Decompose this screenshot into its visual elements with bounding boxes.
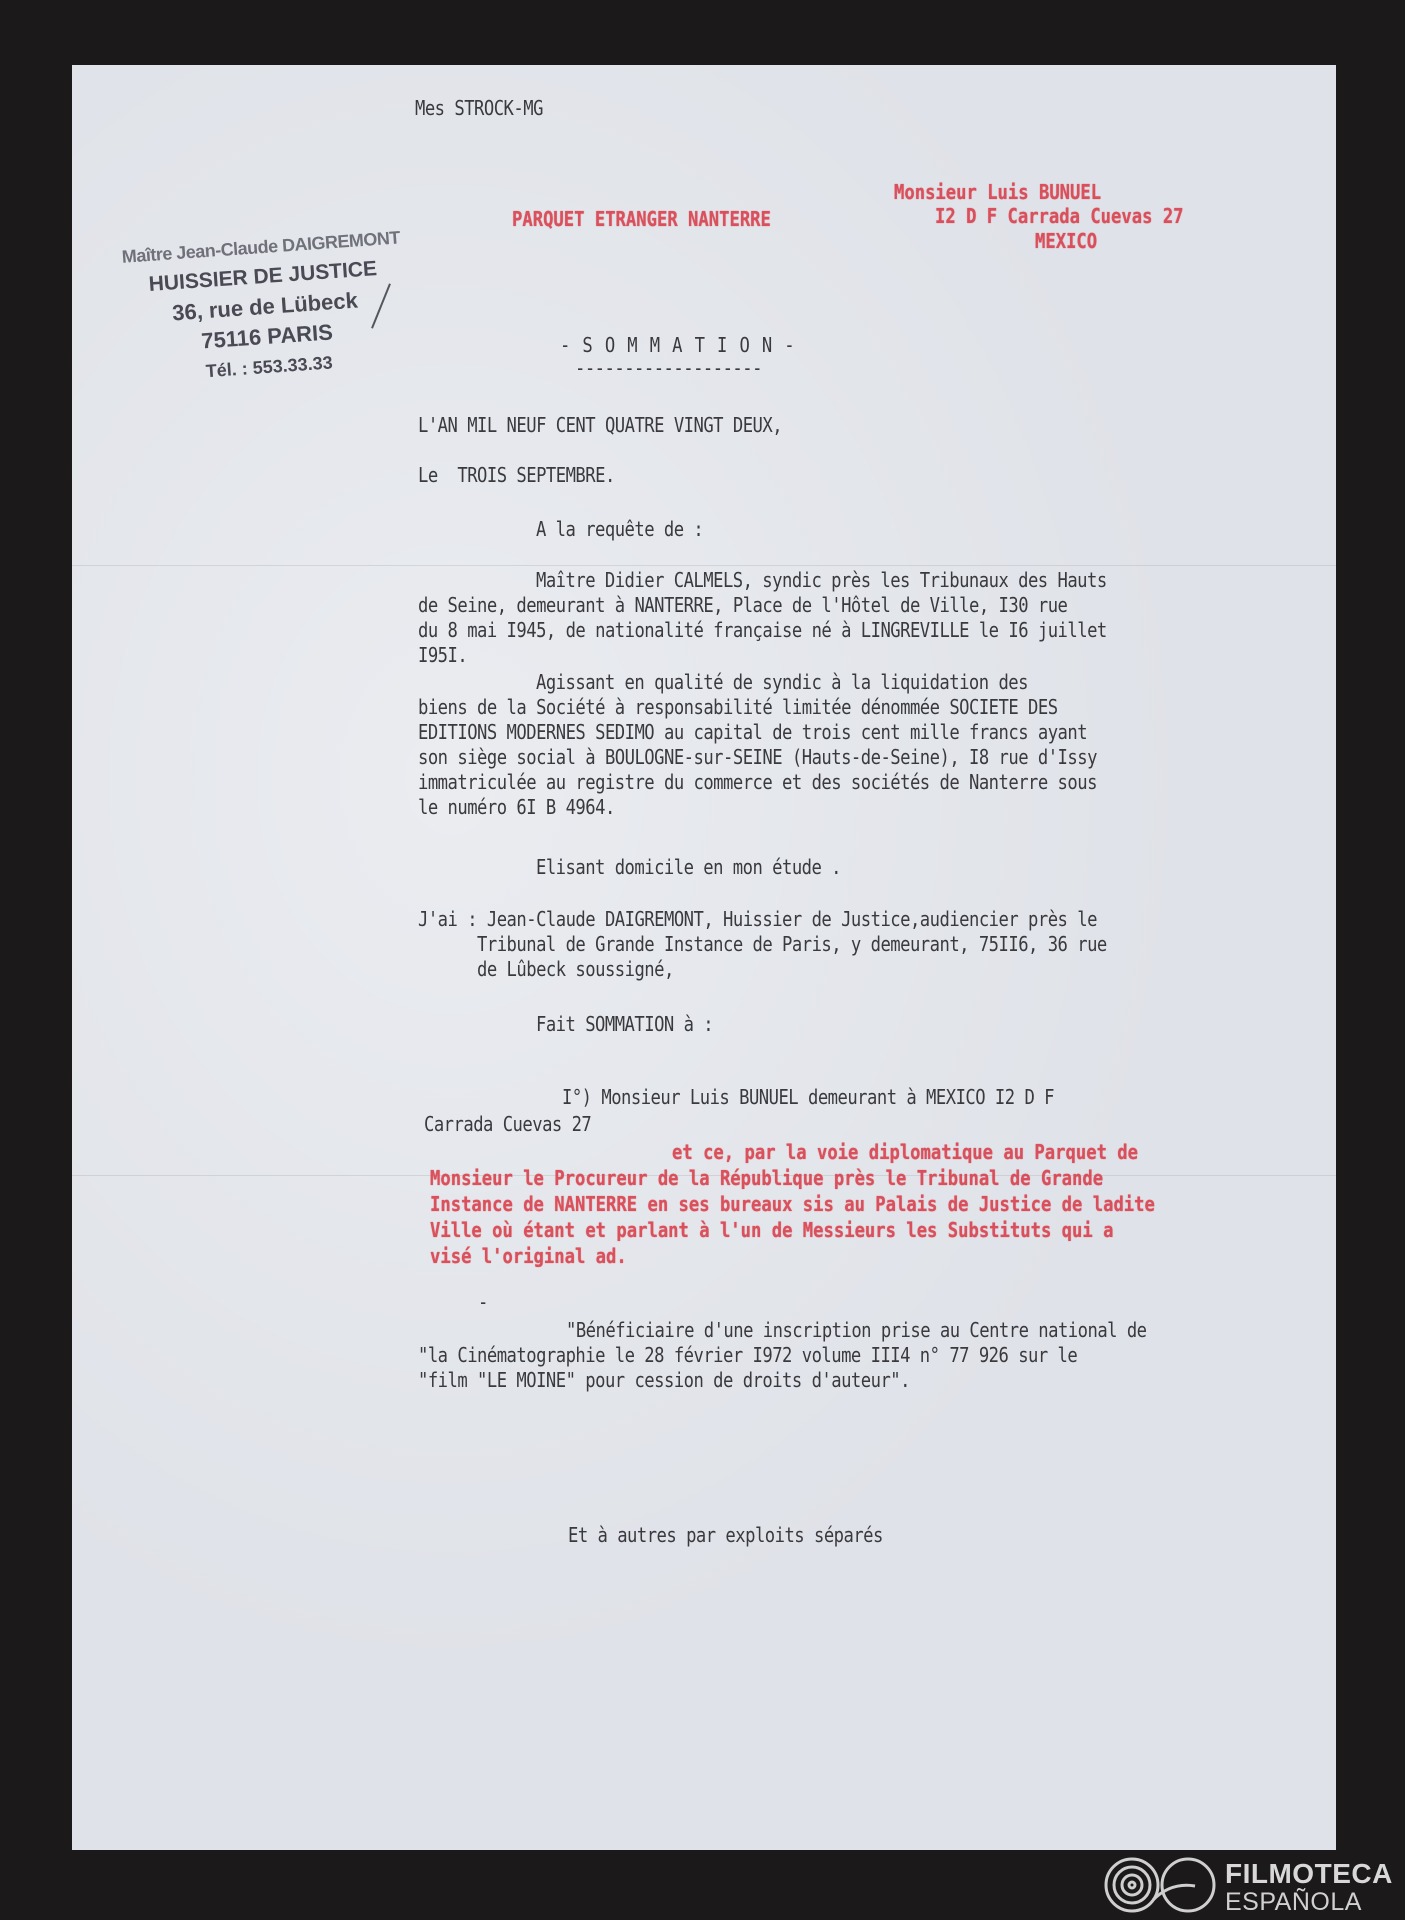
paragraph-line: immatriculée au registre du commerce et … <box>418 770 1097 794</box>
request-line: A la requête de : <box>536 517 703 541</box>
filmoteca-logo: FILMOTECA ESPAÑOLA <box>1095 1850 1405 1920</box>
red-block-line: Instance de NANTERRE en ses bureaux sis … <box>430 1192 1155 1216</box>
jai-line: de Lûbeck soussigné, <box>418 957 674 981</box>
year-line: L'AN MIL NEUF CENT QUATRE VINGT DEUX, <box>418 413 782 437</box>
red-address-line: Monsieur Luis BUNUEL <box>894 180 1101 204</box>
paragraph-line: de Seine, demeurant à NANTERRE, Place de… <box>418 593 1067 617</box>
bailiff-stamp: Maître Jean-Claude DAIGREMONT HUISSIER D… <box>95 221 435 394</box>
spiral-logo-icon <box>1103 1856 1218 1914</box>
fold-line <box>72 565 1336 566</box>
paragraph-line: Maître Didier CALMELS, syndic près les T… <box>536 568 1107 592</box>
paragraph-line: du 8 mai I945, de nationalité française … <box>418 618 1107 642</box>
quote-line: "Bénéficiaire d'une inscription prise au… <box>566 1318 1147 1342</box>
paragraph-line: I95I. <box>418 643 467 667</box>
reference: Mes STROCK-MG <box>415 96 543 120</box>
logo-line-2: ESPAÑOLA <box>1225 1888 1362 1917</box>
quote-line: "la Cinématographie le 28 février I972 v… <box>418 1343 1077 1367</box>
red-address-line: I2 D F Carrada Cuevas 27 <box>935 204 1184 228</box>
fait-sommation-line: Fait SOMMATION à : <box>536 1012 713 1036</box>
recipient-line: Carrada Cuevas 27 <box>424 1112 591 1136</box>
quote-line: "film "LE MOINE" pour cession de droits … <box>418 1368 910 1392</box>
closing-line: Et à autres par exploits séparés <box>568 1523 883 1547</box>
document-title: - S O M M A T I O N - <box>560 333 796 357</box>
jai-line: Tribunal de Grande Instance de Paris, y … <box>418 932 1107 956</box>
logo-line-1: FILMOTECA <box>1225 1858 1393 1890</box>
red-block-line: Monsieur le Procureur de la République p… <box>430 1166 1103 1190</box>
title-underline: ------------------- <box>575 356 762 380</box>
red-block-line: et ce, par la voie diplomatique au Parqu… <box>672 1140 1138 1164</box>
red-block-line: Ville où étant et parlant à l'un de Mess… <box>430 1218 1113 1242</box>
date-line: Le TROIS SEPTEMBRE. <box>418 463 615 487</box>
domicile-line: Elisant domicile en mon étude . <box>536 855 841 879</box>
recipient-line: I°) Monsieur Luis BUNUEL demeurant à MEX… <box>562 1085 1054 1109</box>
paragraph-line: EDITIONS MODERNES SEDIMO au capital de t… <box>418 720 1087 744</box>
jai-line: J'ai : Jean-Claude DAIGREMONT, Huissier … <box>418 907 1097 931</box>
red-block-line: visé l'original ad. <box>430 1244 627 1268</box>
paragraph-line: son siège social à BOULOGNE-sur-SEINE (H… <box>418 745 1097 769</box>
red-address-line: MEXICO <box>1035 229 1097 253</box>
dash-mark: - <box>478 1290 488 1314</box>
paragraph-line: biens de la Société à responsabilité lim… <box>418 695 1058 719</box>
red-header-left: PARQUET ETRANGER NANTERRE <box>512 207 771 231</box>
paragraph-line: Agissant en qualité de syndic à la liqui… <box>536 670 1028 694</box>
paragraph-line: le numéro 6I B 4964. <box>418 795 615 819</box>
